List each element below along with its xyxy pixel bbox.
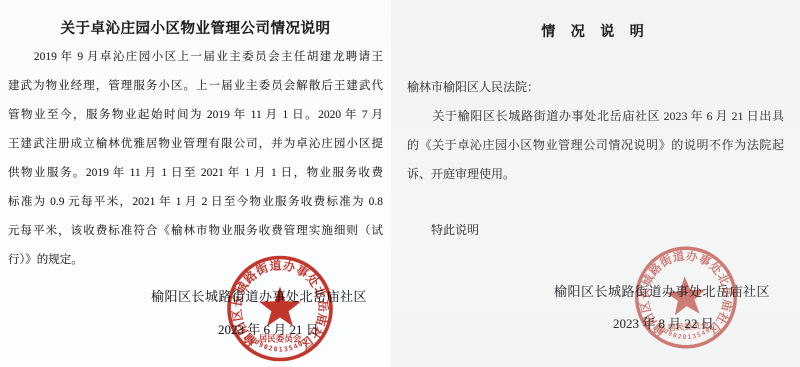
body-line: 建武为物业经理，管理服务小区。上一届业主委员会解散后王建武代 [8, 72, 383, 101]
body-line: 标准为 0.9 元每平米，2021 年 1 月 2 日至今物业服务收费标准为 0… [8, 188, 383, 217]
body-line: 管物业至今，服务物业起始时间为 2019 年 11 月 1 日。2020 年 7… [8, 101, 383, 130]
signature-line: 榆阳区长城路街道办事处北岳庙社区 [554, 281, 770, 300]
closing-line: 特此说明 [391, 216, 800, 245]
body-line: 2019 年 9 月卓沁庄园小区上一届业主委员会主任胡建龙聘请王 [8, 43, 383, 72]
right-document: 情 况 说 明 榆林市榆阳区人民法院： 关于榆阳区长城路街道办事处北岳庙社区 2… [391, 0, 800, 367]
document-body: 2019 年 9 月卓沁庄园小区上一届业主委员会主任胡建龙聘请王 建武为物业经理… [0, 43, 391, 275]
document-body: 榆林市榆阳区人民法院： 关于榆阳区长城路街道办事处北岳庙社区 2023 年 6 … [391, 73, 800, 189]
page-title: 关于卓沁庄园小区物业管理公司情况说明 [0, 17, 391, 38]
salutation-line: 榆林市榆阳区人民法院： [407, 73, 784, 102]
page-title: 情 况 说 明 [391, 21, 800, 41]
body-line: 供物业服务。2019 年 11 月 1 日至 2021 年 1 月 1 日，物业… [8, 159, 383, 188]
body-line: 元每平米，该收费标准符合《榆林市物业服务收费管理实施细则（试 [8, 217, 383, 246]
body-line: 诉、开庭审理使用。 [407, 160, 784, 189]
signature-line: 榆阳区长城路街道办事处北岳庙社区 [151, 286, 367, 305]
body-line: 王建武注册成立榆林优雅居物业管理有限公司，并为卓沁庄园小区提 [8, 130, 383, 159]
date-line: 2023 年 8 月 22 日 [613, 313, 714, 332]
body-line: 的《关于卓沁庄园小区物业管理公司情况说明》的说明不作为法院起 [407, 131, 784, 160]
body-line: 关于榆阳区长城路街道办事处北岳庙社区 2023 年 6 月 21 日出具 [407, 102, 784, 131]
date-line: 2023 年 6 月 21 日 [218, 319, 319, 338]
body-line: 行）》的规定。 [8, 246, 383, 275]
left-document: 关于卓沁庄园小区物业管理公司情况说明 2019 年 9 月卓沁庄园小区上一届业主… [0, 0, 391, 367]
